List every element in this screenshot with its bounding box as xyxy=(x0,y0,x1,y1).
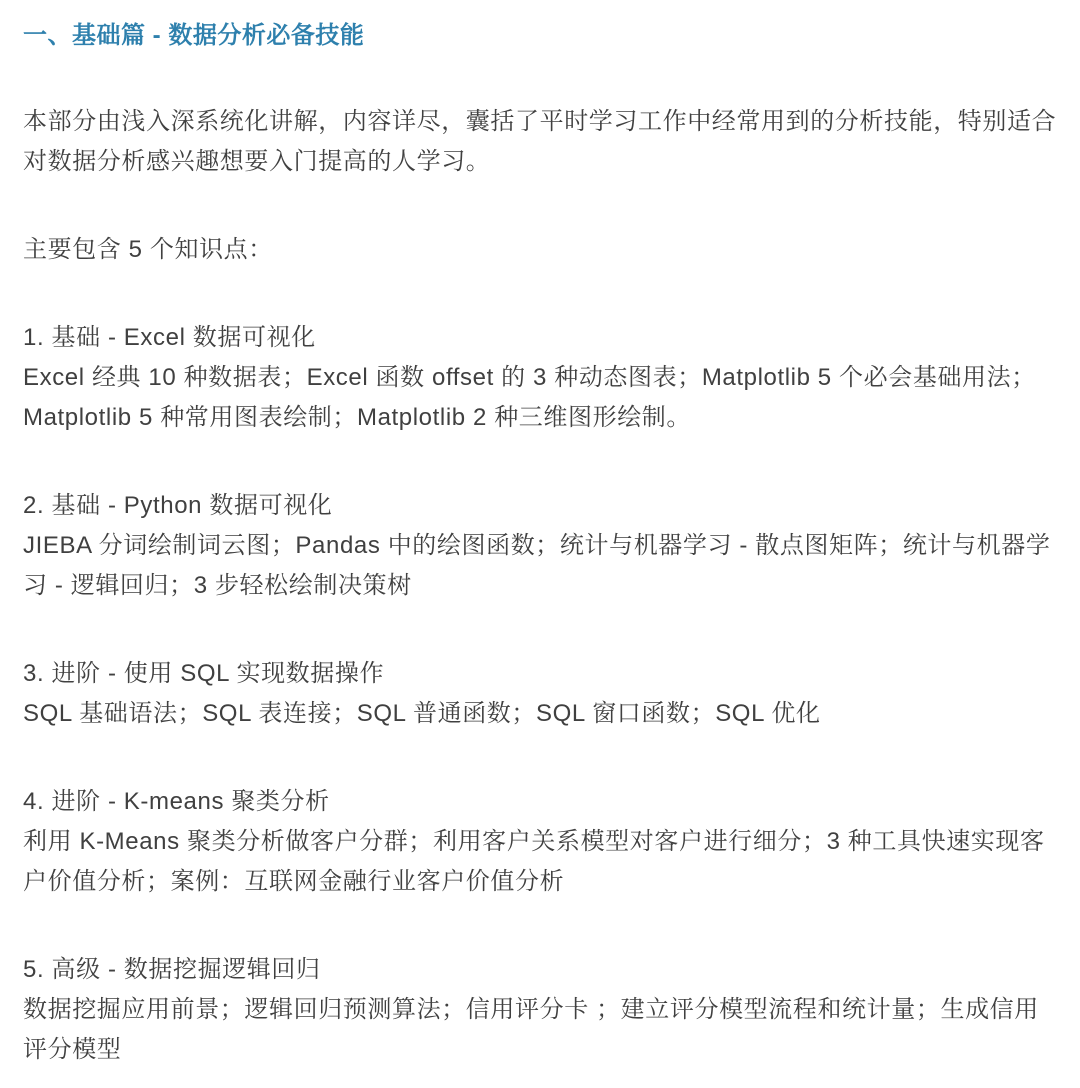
knowledge-point-5-content: 数据挖掘应用前景；逻辑回归预测算法；信用评分卡 ；建立评分模型流程和统计量；生成… xyxy=(23,990,1057,1070)
knowledge-point-5-title: 5. 高级 - 数据挖掘逻辑回归 xyxy=(23,950,1057,990)
knowledge-point-3-content: SQL 基础语法；SQL 表连接；SQL 普通函数；SQL 窗口函数；SQL 优… xyxy=(23,694,1057,734)
knowledge-point-1-content: Excel 经典 10 种数据表；Excel 函数 offset 的 3 种动态… xyxy=(23,358,1057,438)
knowledge-point-3: 3. 进阶 - 使用 SQL 实现数据操作 SQL 基础语法；SQL 表连接；S… xyxy=(23,654,1057,734)
page-title: 一、基础篇 - 数据分析必备技能 xyxy=(23,16,1057,56)
knowledge-point-2: 2. 基础 - Python 数据可视化 JIEBA 分词绘制词云图；Panda… xyxy=(23,486,1057,606)
knowledge-point-1: 1. 基础 - Excel 数据可视化 Excel 经典 10 种数据表；Exc… xyxy=(23,318,1057,438)
knowledge-point-2-content: JIEBA 分词绘制词云图；Pandas 中的绘图函数；统计与机器学习 - 散点… xyxy=(23,526,1057,606)
knowledge-point-1-title: 1. 基础 - Excel 数据可视化 xyxy=(23,318,1057,358)
knowledge-point-5: 5. 高级 - 数据挖掘逻辑回归 数据挖掘应用前景；逻辑回归预测算法；信用评分卡… xyxy=(23,950,1057,1070)
intro-paragraph: 本部分由浅入深系统化讲解，内容详尽，囊括了平时学习工作中经常用到的分析技能，特别… xyxy=(23,102,1057,182)
knowledge-point-4-title: 4. 进阶 - K-means 聚类分析 xyxy=(23,782,1057,822)
article-page: 一、基础篇 - 数据分析必备技能 本部分由浅入深系统化讲解，内容详尽，囊括了平时… xyxy=(0,0,1080,1088)
knowledge-point-4-content: 利用 K-Means 聚类分析做客户分群；利用客户关系模型对客户进行细分；3 种… xyxy=(23,822,1057,902)
knowledge-point-4: 4. 进阶 - K-means 聚类分析 利用 K-Means 聚类分析做客户分… xyxy=(23,782,1057,902)
knowledge-point-2-title: 2. 基础 - Python 数据可视化 xyxy=(23,486,1057,526)
knowledge-point-3-title: 3. 进阶 - 使用 SQL 实现数据操作 xyxy=(23,654,1057,694)
summary-line: 主要包含 5 个知识点： xyxy=(23,230,1057,270)
